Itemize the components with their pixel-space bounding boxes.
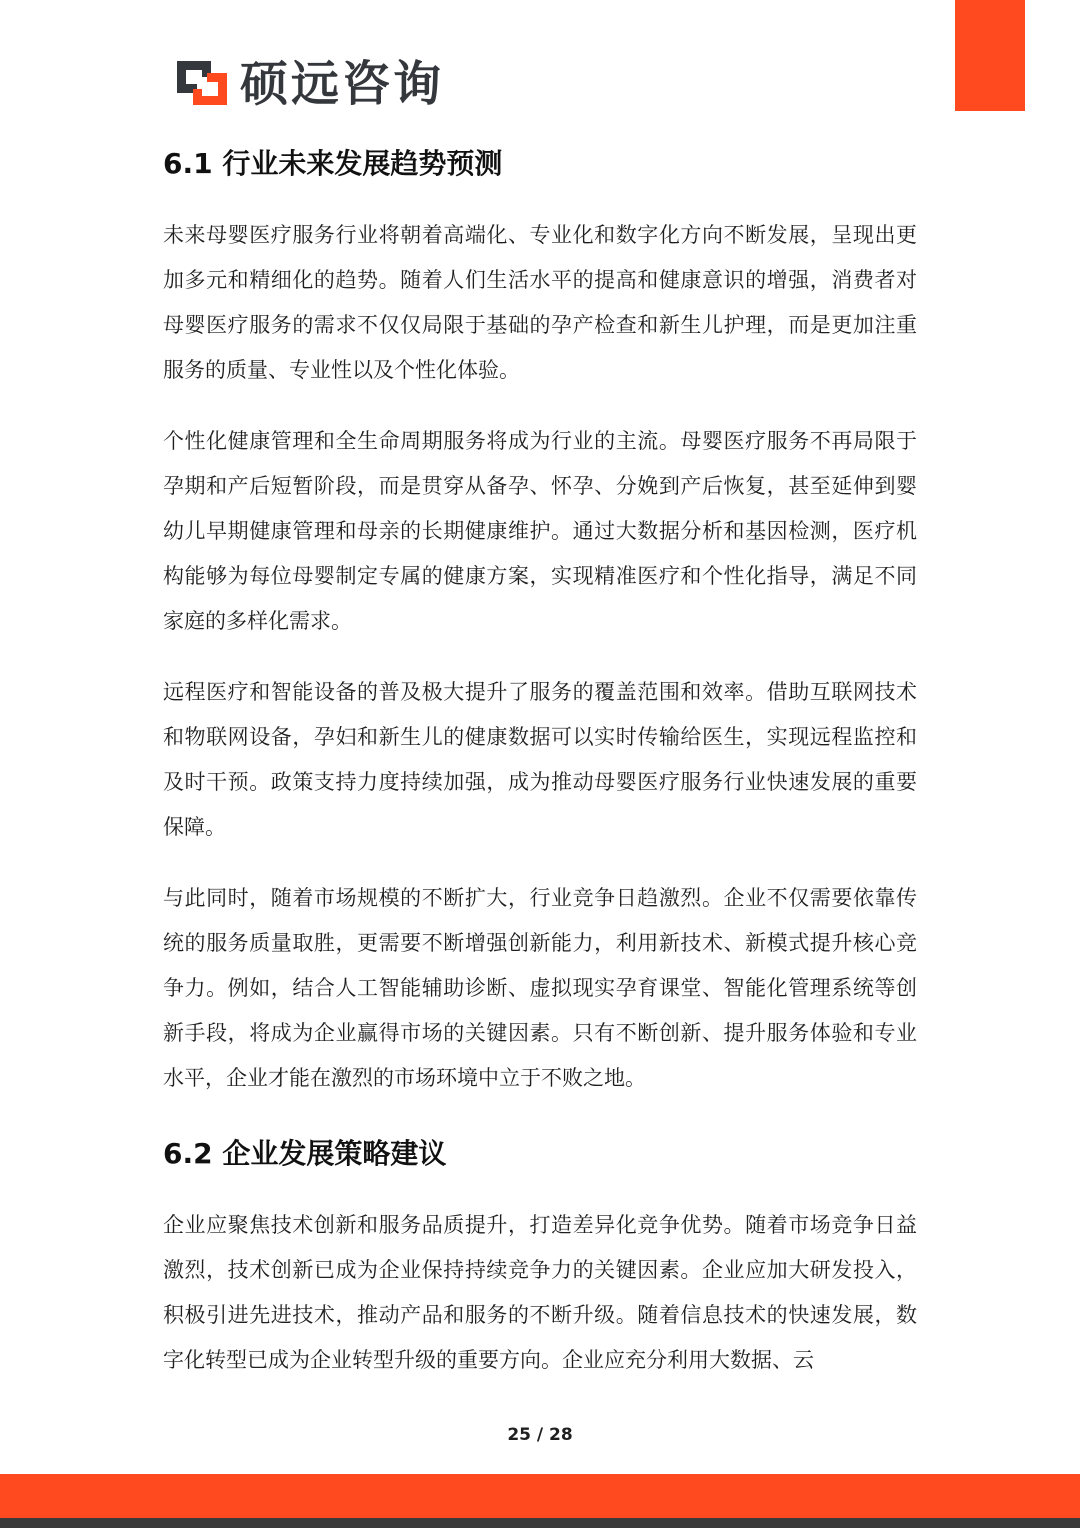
- brand-logo-icon: [176, 61, 228, 107]
- section-heading-6-1: 6.1 行业未来发展趋势预测: [163, 145, 917, 183]
- page-number: 25 / 28: [0, 1425, 1080, 1445]
- footer-accent-bar: [0, 1474, 1080, 1518]
- paragraph: 与此同时，随着市场规模的不断扩大，行业竞争日趋激烈。企业不仅需要依靠传统的服务质…: [163, 876, 917, 1101]
- document-body: 6.1 行业未来发展趋势预测 未来母婴医疗服务行业将朝着高端化、专业化和数字化方…: [163, 145, 917, 1409]
- brand-logo-text: 硕远咨询: [240, 60, 444, 108]
- paragraph: 远程医疗和智能设备的普及极大提升了服务的覆盖范围和效率。借助互联网技术和物联网设…: [163, 670, 917, 850]
- report-page: 硕远咨询 6.1 行业未来发展趋势预测 未来母婴医疗服务行业将朝着高端化、专业化…: [0, 0, 1080, 1528]
- section-heading-6-2: 6.2 企业发展策略建议: [163, 1135, 917, 1173]
- paragraph: 未来母婴医疗服务行业将朝着高端化、专业化和数字化方向不断发展，呈现出更加多元和精…: [163, 213, 917, 393]
- footer-dark-bar: [0, 1518, 1080, 1528]
- top-right-accent-block: [955, 0, 1025, 111]
- brand-logo: 硕远咨询: [176, 60, 444, 108]
- paragraph: 企业应聚焦技术创新和服务品质提升，打造差异化竞争优势。随着市场竞争日益激烈，技术…: [163, 1203, 917, 1383]
- paragraph: 个性化健康管理和全生命周期服务将成为行业的主流。母婴医疗服务不再局限于孕期和产后…: [163, 419, 917, 644]
